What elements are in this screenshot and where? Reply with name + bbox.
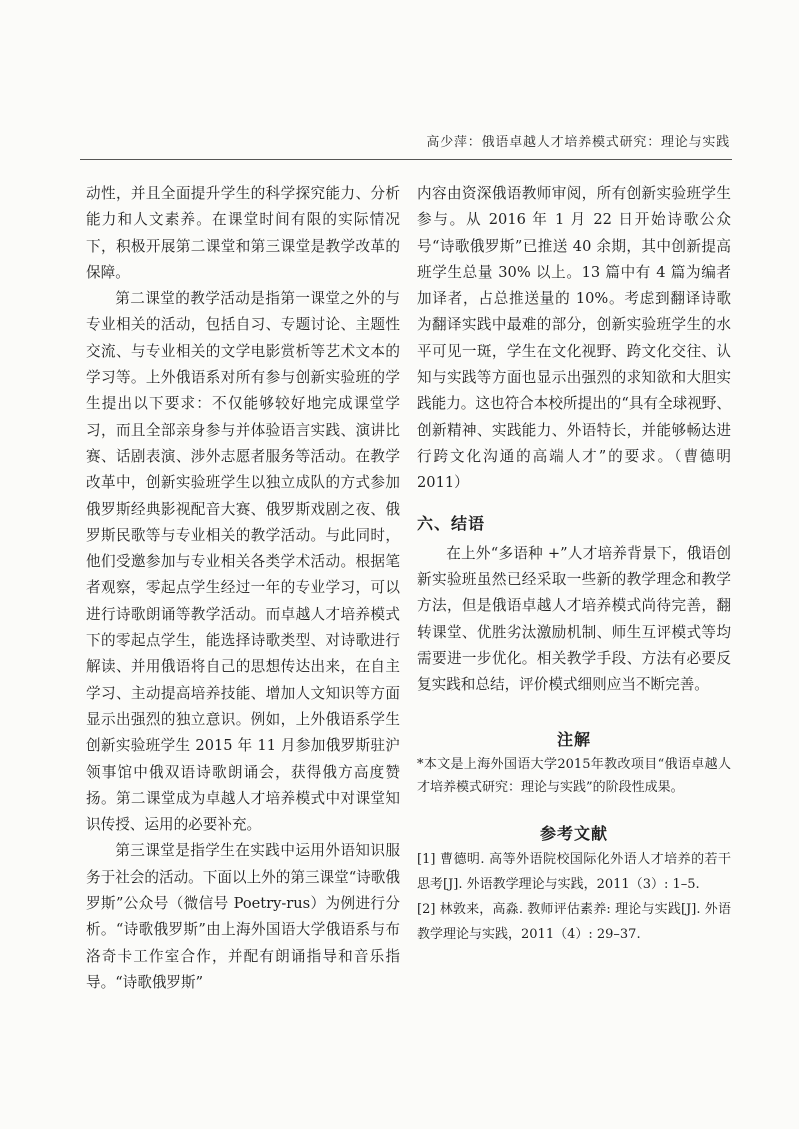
- section-heading-conclusion: 六、结语: [417, 511, 731, 537]
- body-paragraph: 第二课堂的教学活动是指第一课堂之外的与专业相关的活动，包括自习、专题讨论、主题性…: [86, 286, 400, 838]
- body-paragraph: 第三课堂是指学生在实践中运用外语知识服务于社会的活动。下面以上外的第三课堂“诗歌…: [86, 838, 400, 996]
- header-rule: [80, 159, 732, 160]
- note-text: *本文是上海外国语大学2015年教改项目“俄语卓越人才培养模式研究：理论与实践”…: [417, 753, 731, 799]
- left-column: 动性，并且全面提升学生的科学探究能力、分析能力和人文素养。在课堂时间有限的实际情…: [86, 181, 400, 996]
- notes-section: 注解 *本文是上海外国语大学2015年教改项目“俄语卓越人才培养模式研究：理论与…: [417, 727, 731, 799]
- notes-heading: 注解: [417, 727, 731, 753]
- references-section: 参考文献 [1] 曹德明. 高等外语院校国际化外语人才培养的若干思考[J]. 外…: [417, 821, 731, 947]
- body-paragraph: 内容由资深俄语教师审阅，所有创新实验班学生参与。从 2016 年 1 月 22 …: [417, 181, 731, 497]
- reference-item: [2] 林敦来，高淼. 教师评估素养: 理论与实践[J]. 外语教学理论与实践，…: [417, 897, 731, 947]
- right-column: 内容由资深俄语教师审阅，所有创新实验班学生参与。从 2016 年 1 月 22 …: [417, 181, 731, 947]
- body-paragraph: 动性，并且全面提升学生的科学探究能力、分析能力和人文素养。在课堂时间有限的实际情…: [86, 181, 400, 286]
- running-header: 高少萍：俄语卓越人才培养模式研究：理论与实践: [420, 131, 730, 150]
- reference-item: [1] 曹德明. 高等外语院校国际化外语人才培养的若干思考[J]. 外语教学理论…: [417, 847, 731, 897]
- references-heading: 参考文献: [417, 821, 731, 847]
- conclusion-paragraph: 在上外“多语种 +”人才培养背景下，俄语创新实验班虽然已经采取一些新的教学理念和…: [417, 541, 731, 699]
